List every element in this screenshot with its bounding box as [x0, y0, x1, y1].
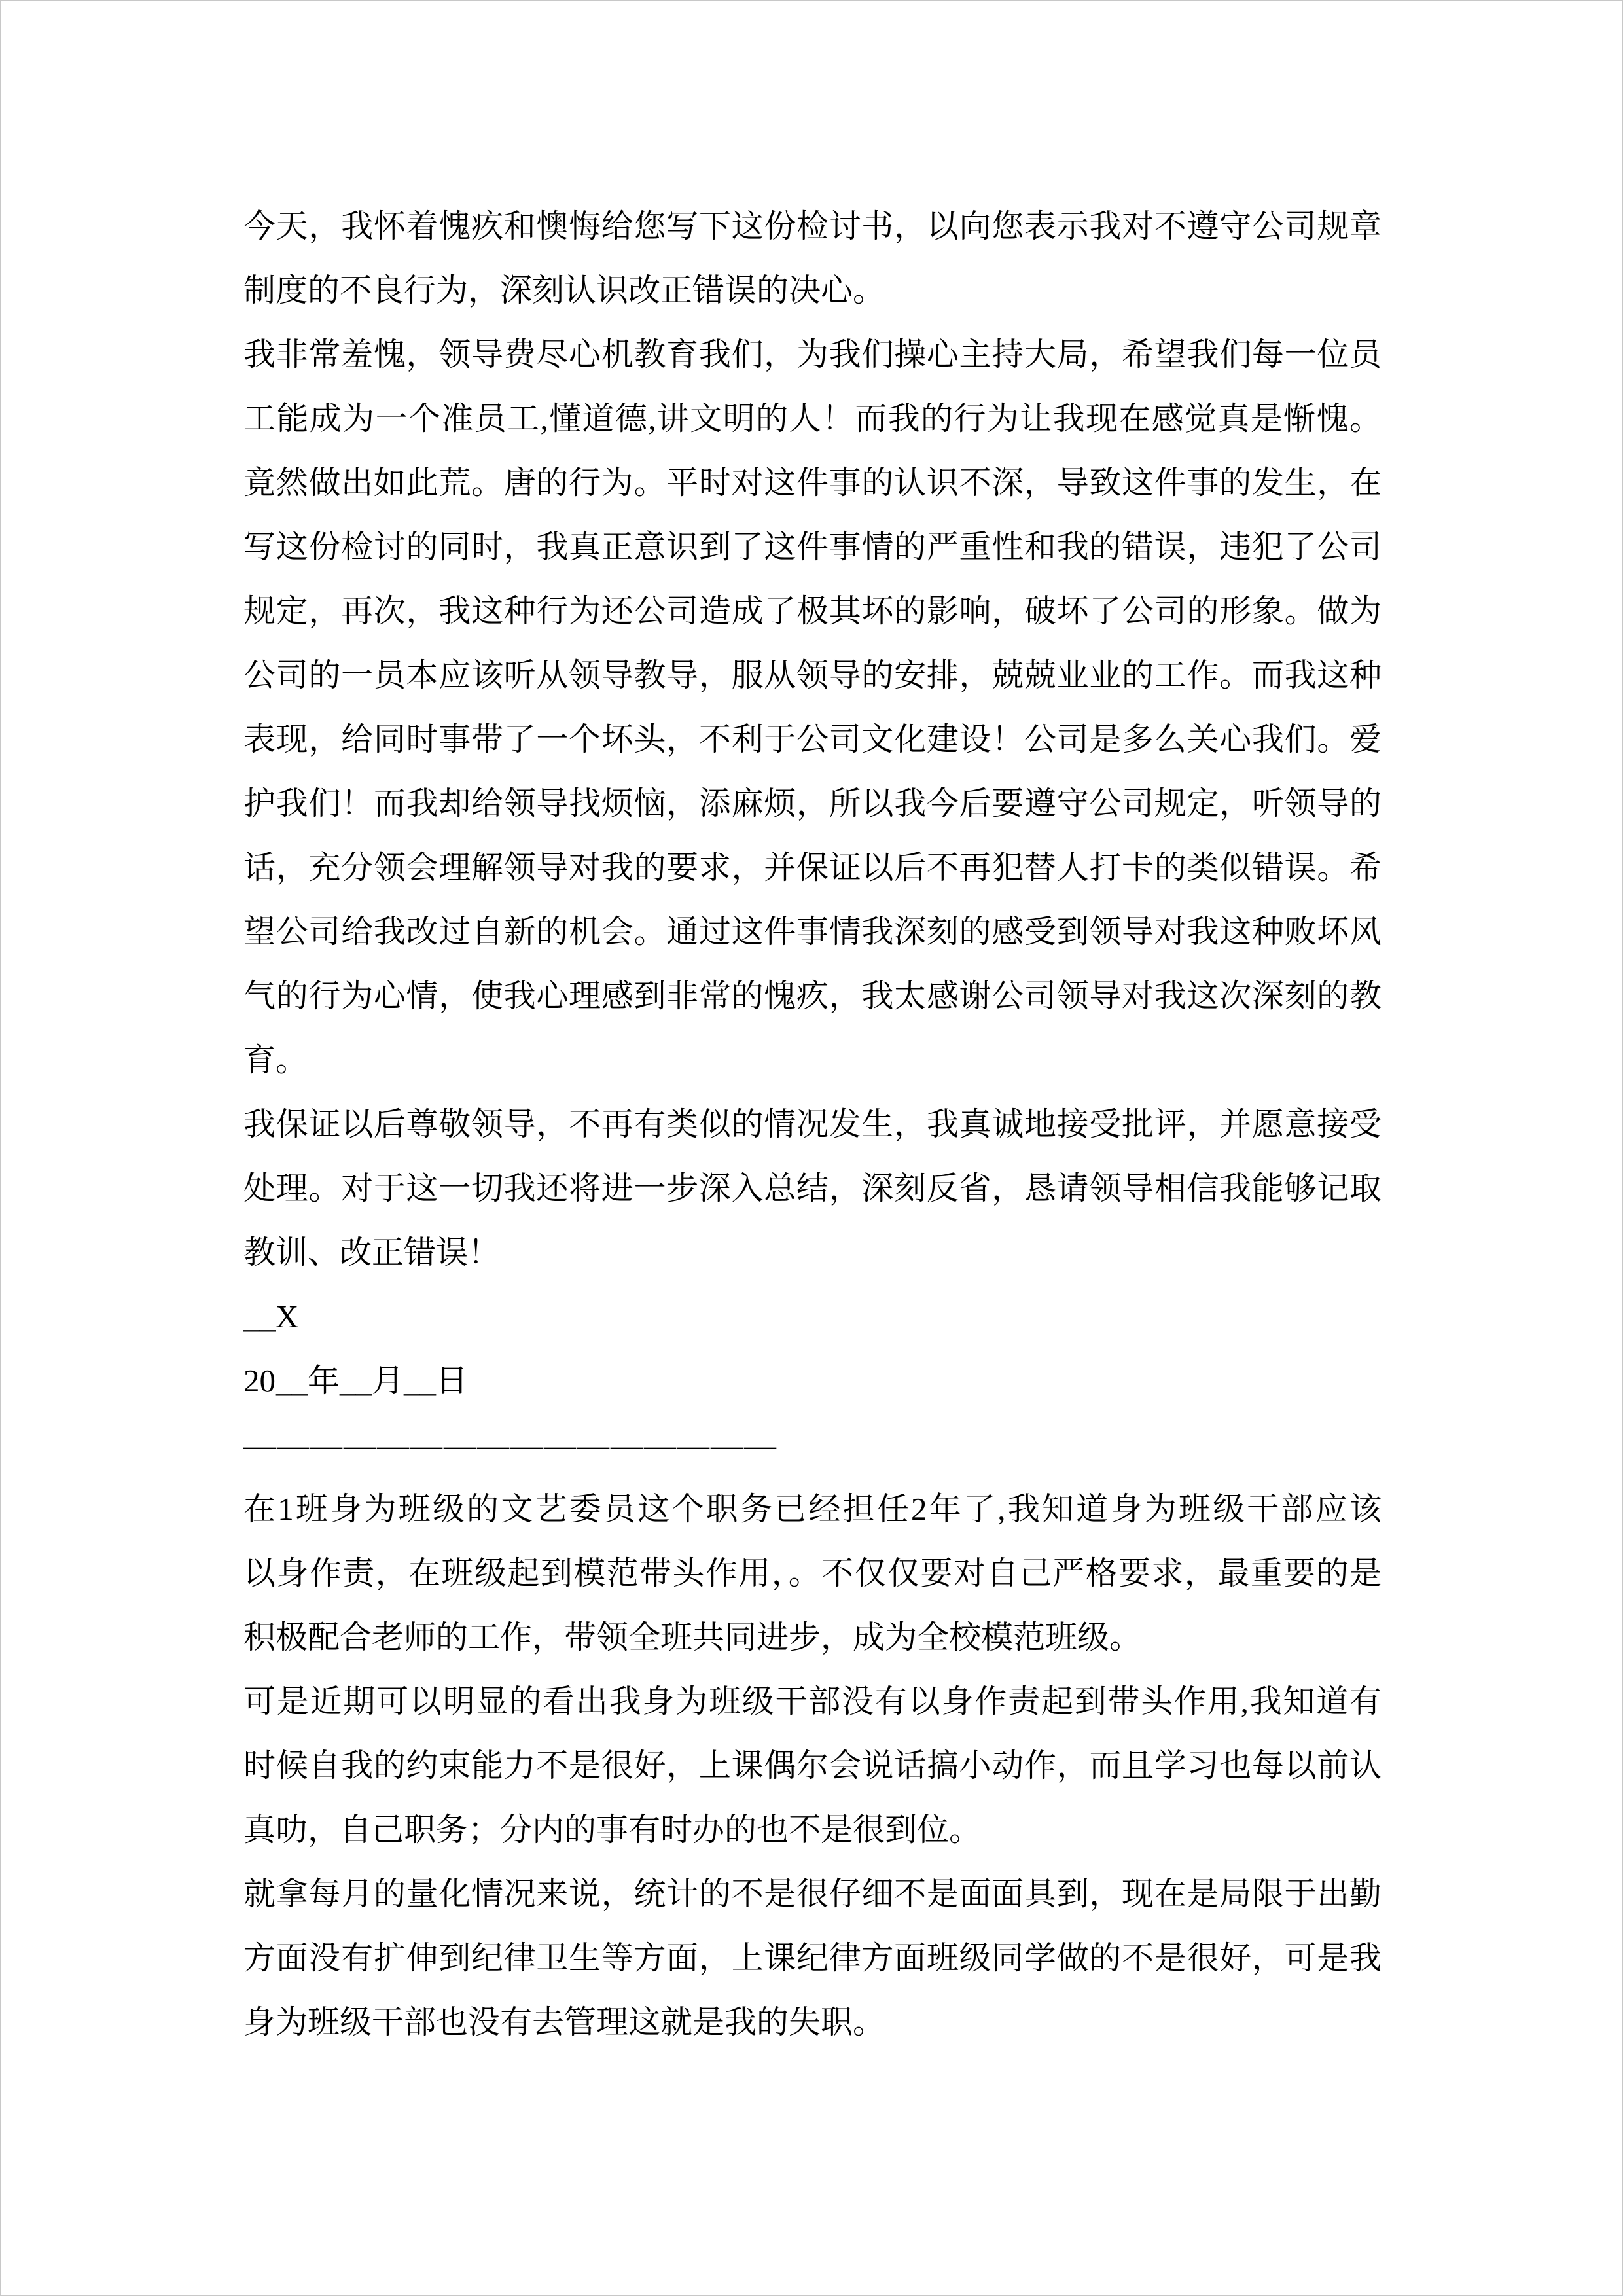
divider-line: ———————————————— [243, 1413, 1382, 1477]
text-line: 我保证以后尊敬领导，不再有类似的情况发生，我真诚地接受批评，并愿意接受 [243, 1092, 1382, 1157]
text-line: 表现，给同时事带了一个坏头，不利于公司文化建设！公司是多么关心我们。爱 [243, 708, 1382, 772]
text-line: 话，充分领会理解领导对我的要求，并保证以后不再犯替人打卡的类似错误。希 [243, 836, 1382, 900]
text-line: 写这份检讨的同时，我真正意识到了这件事情的严重性和我的错误，违犯了公司 [243, 515, 1382, 579]
text-line: 育。 [243, 1028, 1382, 1092]
document-body: 今天，我怀着愧疚和懊悔给您写下这份检讨书，以向您表示我对不遵守公司规章 制度的不… [243, 194, 1382, 2054]
text-line: 教训、改正错误！ [243, 1221, 1382, 1285]
text-line: 规定，再次，我这种行为还公司造成了极其坏的影响，破坏了公司的形象。做为 [243, 579, 1382, 643]
text-line: 时候自我的约束能力不是很好，上课偶尔会说话搞小动作，而且学习也每以前认 [243, 1734, 1382, 1798]
text-line: 今天，我怀着愧疚和懊悔给您写下这份检讨书，以向您表示我对不遵守公司规章 [243, 194, 1382, 259]
text-line: 望公司给我改过自新的机会。通过这件事情我深刻的感受到领导对我这种败坏风 [243, 900, 1382, 964]
text-line: 我非常羞愧，领导费尽心机教育我们，为我们操心主持大局，希望我们每一位员 [243, 323, 1382, 387]
date-line: 20__年__月__日 [243, 1349, 1382, 1413]
text-line: 竟然做出如此荒。唐的行为。平时对这件事的认识不深，导致这件事的发生，在 [243, 451, 1382, 515]
page: 今天，我怀着愧疚和懊悔给您写下这份检讨书，以向您表示我对不遵守公司规章 制度的不… [0, 0, 1623, 2296]
text-line: 工能成为一个准员工,懂道德,讲文明的人！而我的行为让我现在感觉真是惭愧。 [243, 387, 1382, 451]
text-line: 护我们！而我却给领导找烦恼，添麻烦，所以我今后要遵守公司规定，听领导的 [243, 772, 1382, 836]
text-line: 方面没有扩伸到纪律卫生等方面，上课纪律方面班级同学做的不是很好，可是我 [243, 1926, 1382, 1990]
text-line: 气的行为心情，使我心理感到非常的愧疚，我太感谢公司领导对我这次深刻的教 [243, 964, 1382, 1028]
text-line: 积极配合老师的工作，带领全班共同进步，成为全校模范班级。 [243, 1605, 1382, 1670]
text-line: 就拿每月的量化情况来说，统计的不是很仔细不是面面具到，现在是局限于出勤 [243, 1862, 1382, 1926]
text-line: 可是近期可以明显的看出我身为班级干部没有以身作责起到带头作用,我知道有 [243, 1670, 1382, 1734]
text-line: 真叻，自己职务；分内的事有时办的也不是很到位。 [243, 1798, 1382, 1862]
text-line: 身为班级干部也没有去管理这就是我的失职。 [243, 1990, 1382, 2054]
text-line: 处理。对于这一切我还将进一步深入总结，深刻反省，恳请领导相信我能够记取 [243, 1157, 1382, 1221]
signature-line: __X [243, 1285, 1382, 1349]
text-line: 在1班身为班级的文艺委员这个职务已经担任2年了,我知道身为班级干部应该 [243, 1477, 1382, 1541]
text-line: 以身作责，在班级起到模范带头作用，。不仅仅要对自己严格要求，最重要的是 [243, 1541, 1382, 1605]
text-line: 公司的一员本应该听从领导教导，服从领导的安排，兢兢业业的工作。而我这种 [243, 643, 1382, 708]
text-line: 制度的不良行为，深刻认识改正错误的决心。 [243, 259, 1382, 323]
